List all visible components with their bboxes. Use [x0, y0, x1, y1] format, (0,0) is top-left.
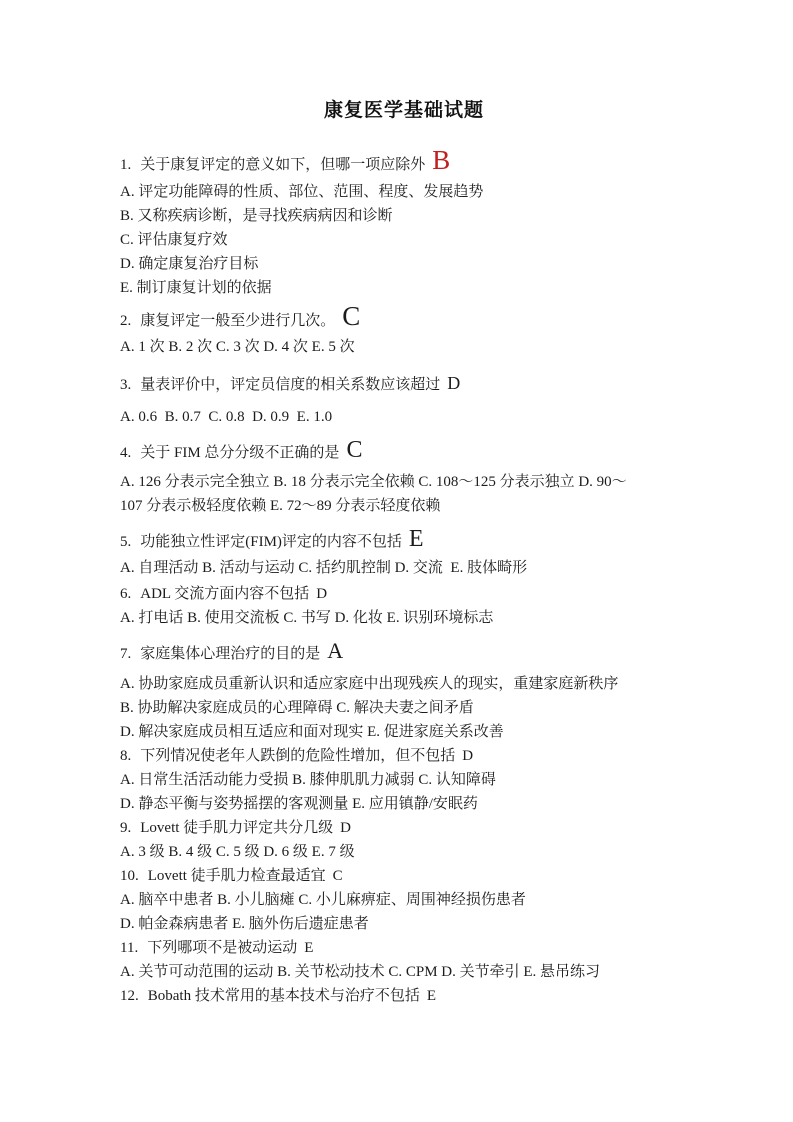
question-stem-text: 家庭集体心理治疗的目的是 [140, 646, 320, 662]
question-stem-text: 关于康复评定的意义如下，但哪一项应除外 [140, 157, 425, 173]
question-number: 8. [120, 748, 131, 764]
question-9-stem: 9.Lovett 徒手肌力评定共分几级D [120, 816, 688, 840]
question-stem-text: Lovett 徒手肌力检查最适宜 [148, 868, 326, 884]
question-stem-text: 下列哪项不是被动运动 [147, 940, 297, 956]
question-12-stem: 12.Bobath 技术常用的基本技术与治疗不包括E [120, 984, 688, 1008]
question-number: 7. [120, 646, 131, 662]
question-11-option-line: A. 关节可动范围的运动 B. 关节松动技术 C. CPM D. 关节牵引 E.… [120, 960, 688, 984]
question-3-option-line: A. 0.6 B. 0.7 C. 0.8 D. 0.9 E. 1.0 [120, 405, 688, 429]
question-8-stem: 8.下列情况使老年人跌倒的危险性增加，但不包括D [120, 744, 688, 768]
option-text: B. 协助解决家庭成员的心理障碍 C. 解决夫妻之间矛盾 [120, 700, 474, 716]
answer-letter: D [340, 820, 351, 836]
question-number: 1. [120, 157, 131, 173]
question-stem-text: 下列情况使老年人跌倒的危险性增加，但不包括 [140, 748, 455, 764]
question-6-option-line: A. 打电话 B. 使用交流板 C. 书写 D. 化妆 E. 识别环境标志 [120, 606, 688, 630]
answer-letter: E [409, 526, 424, 552]
question-1-stem: 1.关于康复评定的意义如下，但哪一项应除外B [120, 148, 688, 177]
answer-letter: E [427, 988, 436, 1004]
question-4-option-line: 107 分表示极轻度依赖 E. 72～89 分表示轻度依赖 [120, 494, 688, 518]
option-text: D. 解决家庭成员相互适应和面对现实 E. 促进家庭关系改善 [120, 724, 504, 740]
question-number: 12. [120, 988, 139, 1004]
question-1-option-line: A. 评定功能障碍的性质、部位、范围、程度、发展趋势 [120, 180, 688, 204]
question-8-option-line: D. 静态平衡与姿势摇摆的客观测量 E. 应用镇静/安眠药 [120, 792, 688, 816]
question-9-option-line: A. 3 级 B. 4 级 C. 5 级 D. 6 级 E. 7 级 [120, 840, 688, 864]
answer-letter: B [432, 145, 450, 175]
question-number: 4. [120, 445, 131, 461]
question-number: 10. [120, 868, 139, 884]
option-text: A. 0.6 B. 0.7 C. 0.8 D. 0.9 E. 1.0 [120, 409, 332, 425]
question-8-option-line: A. 日常生活活动能力受损 B. 膝伸肌肌力减弱 C. 认知障碍 [120, 768, 688, 792]
question-number: 2. [120, 313, 131, 329]
question-1-option-line: C. 评估康复疗效 [120, 228, 688, 252]
question-2-option-line: A. 1 次 B. 2 次 C. 3 次 D. 4 次 E. 5 次 [120, 335, 688, 359]
question-stem-text: 关于 FIM 总分分级不正确的是 [140, 445, 339, 461]
answer-letter: C [333, 868, 343, 884]
question-11-stem: 11.下列哪项不是被动运动E [120, 936, 688, 960]
question-7-option-line: D. 解决家庭成员相互适应和面对现实 E. 促进家庭关系改善 [120, 720, 688, 744]
answer-letter: D [462, 748, 473, 764]
question-4-option-line: A. 126 分表示完全独立 B. 18 分表示完全依赖 C. 108～125 … [120, 470, 688, 494]
question-1-option-line: D. 确定康复治疗目标 [120, 252, 688, 276]
page-title: 康复医学基础试题 [120, 95, 688, 122]
option-text: A. 关节可动范围的运动 B. 关节松动技术 C. CPM D. 关节牵引 E.… [120, 964, 600, 980]
answer-letter: A [327, 638, 343, 663]
option-text: A. 自理活动 B. 活动与运动 C. 括约肌控制 D. 交流 E. 肢体畸形 [120, 560, 527, 576]
question-7-option-line: B. 协助解决家庭成员的心理障碍 C. 解决夫妻之间矛盾 [120, 696, 688, 720]
answer-letter: C [346, 437, 362, 463]
question-2-stem: 2.康复评定一般至少进行几次。C [120, 304, 688, 333]
question-stem-text: Bobath 技术常用的基本技术与治疗不包括 [148, 988, 420, 1004]
question-10-option-line: A. 脑卒中患者 B. 小儿脑瘫 C. 小儿麻痹症、周围神经损伤患者 [120, 888, 688, 912]
document-page: 康复医学基础试题 1.关于康复评定的意义如下，但哪一项应除外BA. 评定功能障碍… [0, 0, 793, 1122]
question-7-option-line: A. 协助家庭成员重新认识和适应家庭中出现残疾人的现实，重建家庭新秩序 [120, 672, 688, 696]
answer-letter: C [342, 301, 360, 331]
question-number: 11. [120, 940, 138, 956]
question-number: 9. [120, 820, 131, 836]
question-1-option-line: B. 又称疾病诊断，是寻找疾病病因和诊断 [120, 204, 688, 228]
question-stem-text: 量表评价中，评定员信度的相关系数应该超过 [140, 377, 440, 393]
question-7-stem: 7.家庭集体心理治疗的目的是A [120, 639, 688, 666]
questions-list: 1.关于康复评定的意义如下，但哪一项应除外BA. 评定功能障碍的性质、部位、范围… [120, 148, 688, 1008]
question-5-stem: 5.功能独立性评定(FIM)评定的内容不包括E [120, 527, 688, 554]
option-text: C. 评估康复疗效 [120, 232, 228, 248]
option-text: A. 评定功能障碍的性质、部位、范围、程度、发展趋势 [120, 184, 483, 200]
question-4-stem: 4.关于 FIM 总分分级不正确的是C [120, 438, 688, 465]
answer-letter: D [447, 373, 460, 393]
question-5-option-line: A. 自理活动 B. 活动与运动 C. 括约肌控制 D. 交流 E. 肢体畸形 [120, 556, 688, 580]
option-text: A. 126 分表示完全独立 B. 18 分表示完全依赖 C. 108～125 … [120, 474, 627, 490]
option-text: A. 3 级 B. 4 级 C. 5 级 D. 6 级 E. 7 级 [120, 844, 355, 860]
question-stem-text: 功能独立性评定(FIM)评定的内容不包括 [140, 534, 402, 550]
answer-letter: E [304, 940, 313, 956]
option-text: D. 帕金森病患者 E. 脑外伤后遗症患者 [120, 916, 369, 932]
option-text: A. 打电话 B. 使用交流板 C. 书写 D. 化妆 E. 识别环境标志 [120, 610, 493, 626]
question-3-stem: 3.量表评价中，评定员信度的相关系数应该超过D [120, 371, 688, 397]
option-text: D. 确定康复治疗目标 [120, 256, 258, 272]
question-stem-text: 康复评定一般至少进行几次。 [140, 313, 335, 329]
option-text: A. 脑卒中患者 B. 小儿脑瘫 C. 小儿麻痹症、周围神经损伤患者 [120, 892, 526, 908]
option-text: B. 又称疾病诊断，是寻找疾病病因和诊断 [120, 208, 393, 224]
question-stem-text: ADL 交流方面内容不包括 [140, 586, 309, 602]
option-text: E. 制订康复计划的依据 [120, 280, 272, 296]
question-number: 3. [120, 377, 131, 393]
option-text: D. 静态平衡与姿势摇摆的客观测量 E. 应用镇静/安眠药 [120, 796, 478, 812]
question-stem-text: Lovett 徒手肌力评定共分几级 [140, 820, 333, 836]
option-text: A. 1 次 B. 2 次 C. 3 次 D. 4 次 E. 5 次 [120, 339, 355, 355]
question-number: 5. [120, 534, 131, 550]
question-1-option-line: E. 制订康复计划的依据 [120, 276, 688, 300]
option-text: A. 日常生活活动能力受损 B. 膝伸肌肌力减弱 C. 认知障碍 [120, 772, 496, 788]
option-text: A. 协助家庭成员重新认识和适应家庭中出现残疾人的现实，重建家庭新秩序 [120, 676, 618, 692]
option-text: 107 分表示极轻度依赖 E. 72～89 分表示轻度依赖 [120, 498, 440, 514]
question-10-option-line: D. 帕金森病患者 E. 脑外伤后遗症患者 [120, 912, 688, 936]
answer-letter: D [316, 586, 327, 602]
question-number: 6. [120, 586, 131, 602]
question-6-stem: 6.ADL 交流方面内容不包括D [120, 582, 688, 606]
question-10-stem: 10.Lovett 徒手肌力检查最适宜C [120, 864, 688, 888]
